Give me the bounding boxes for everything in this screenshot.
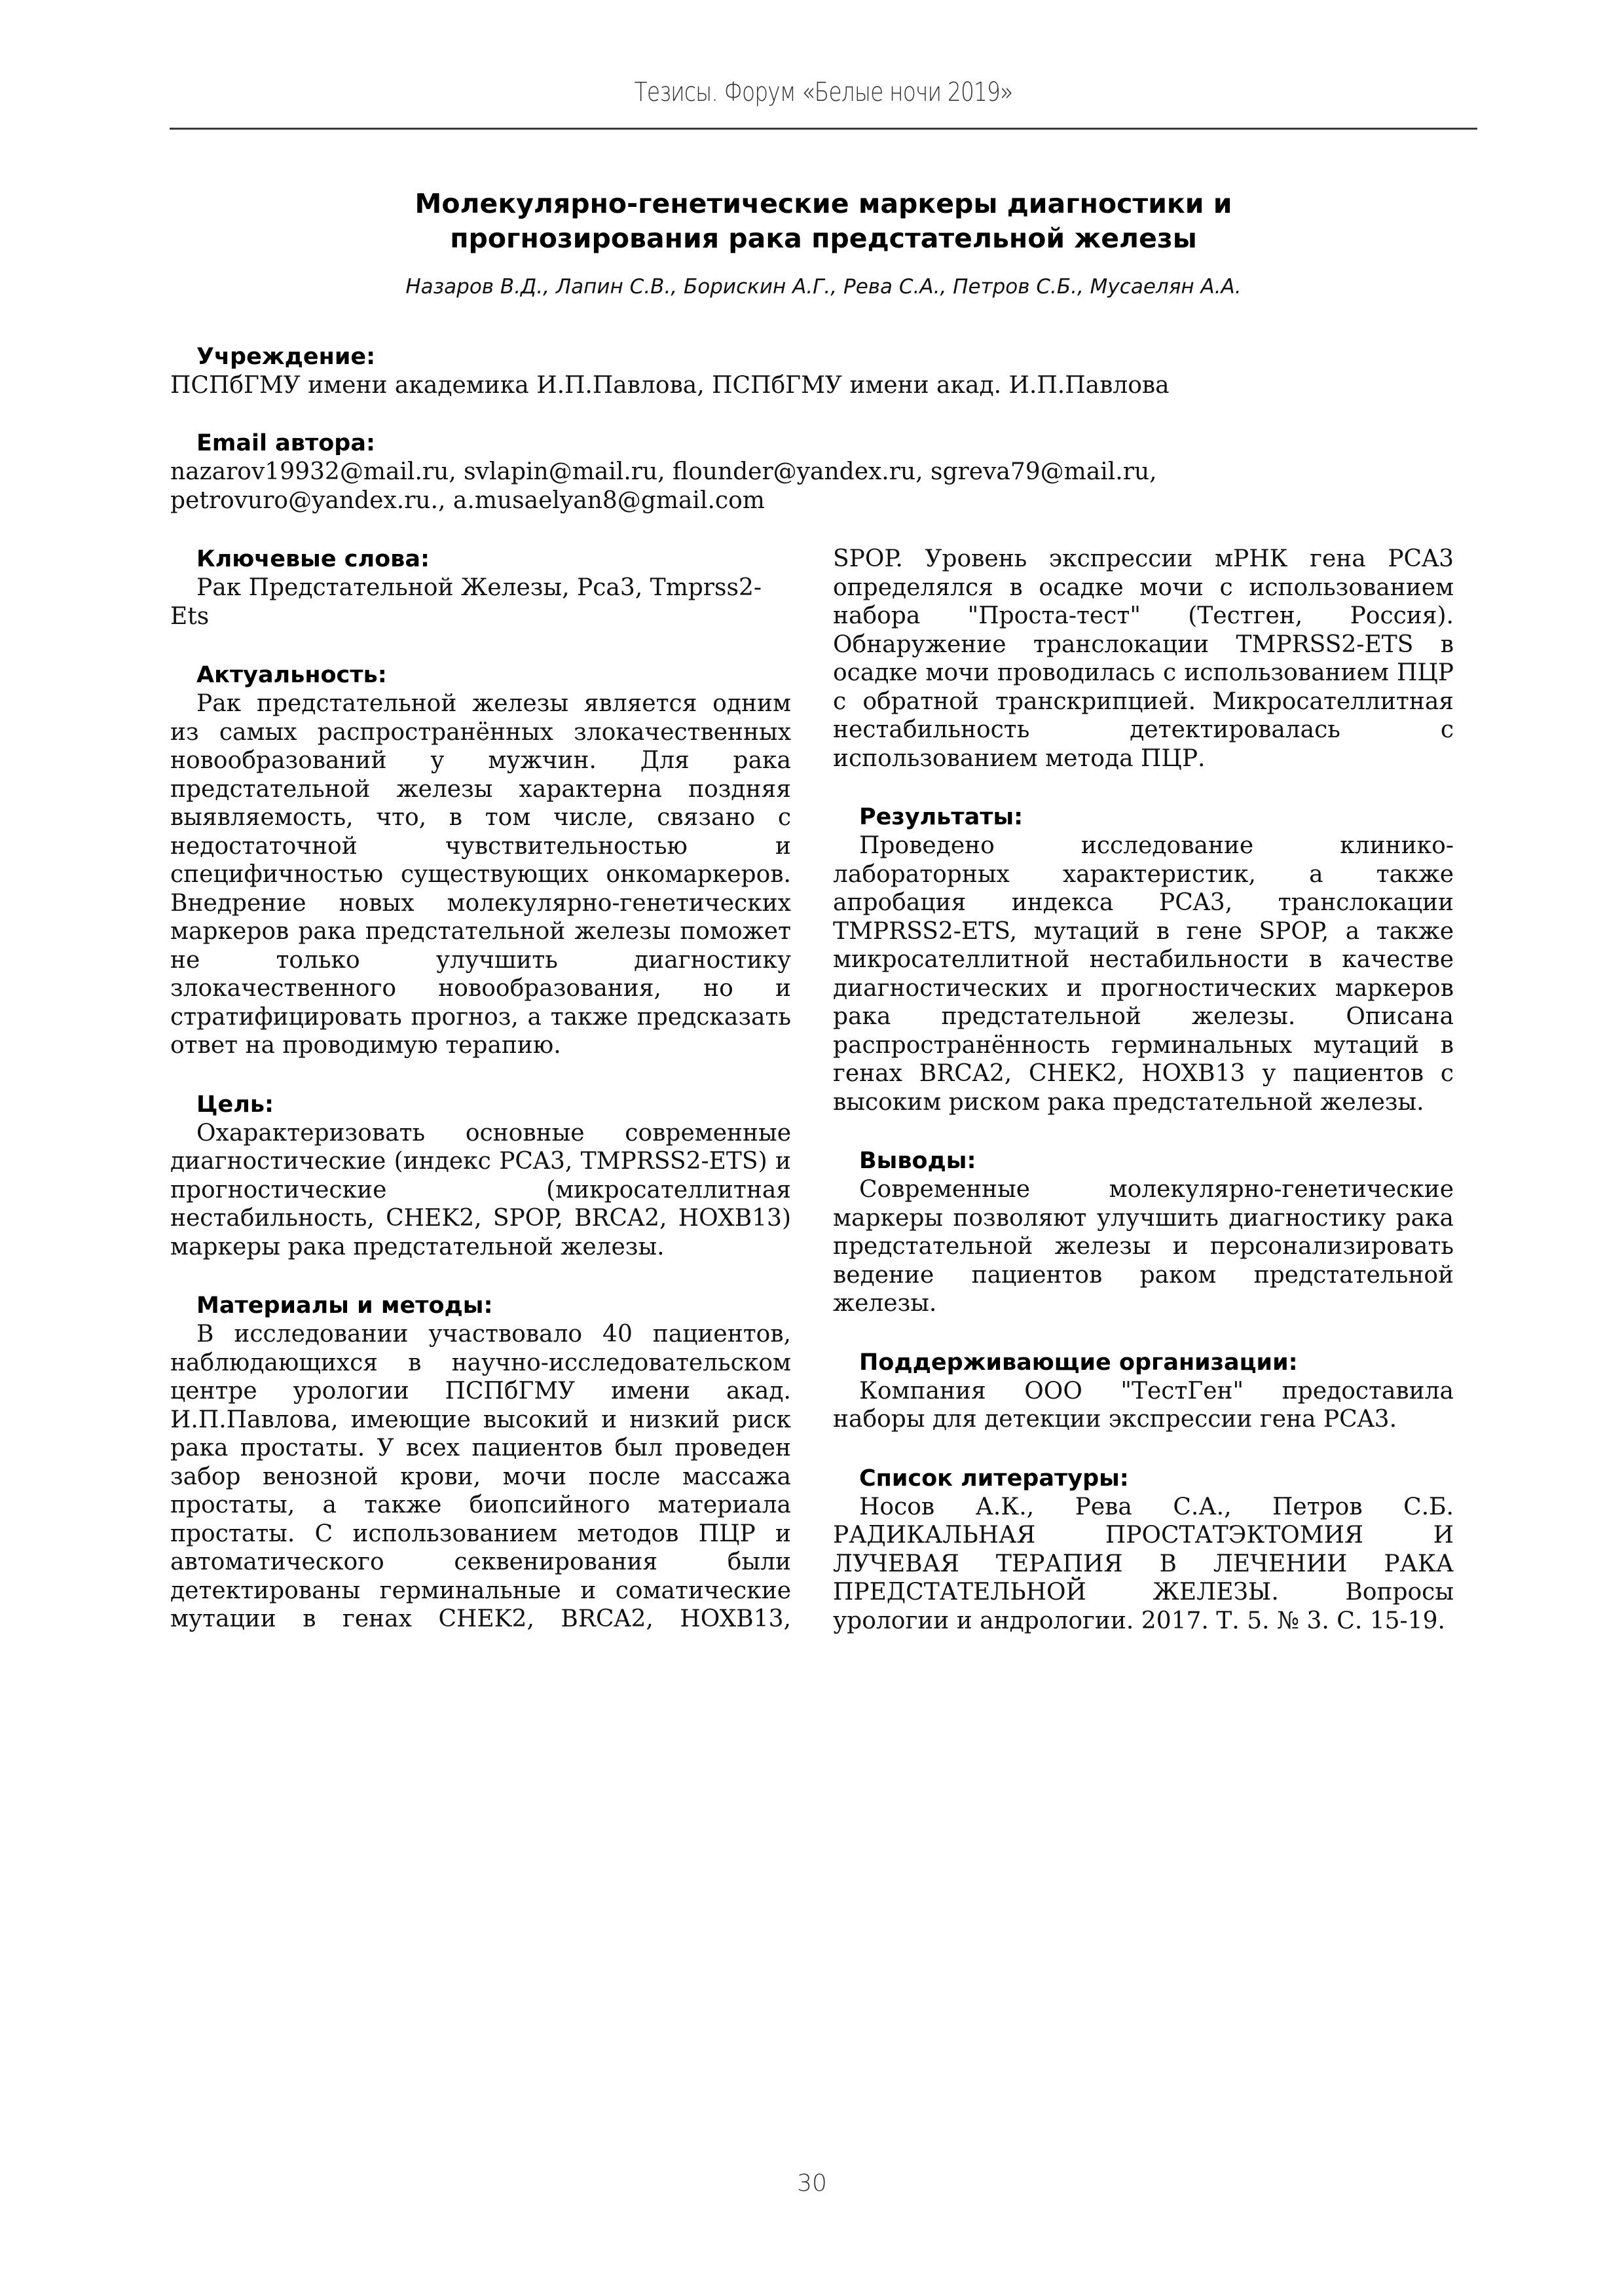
- references-heading: Список литературы:: [833, 1464, 1454, 1493]
- paper-title: Молекулярно-генетические маркеры диагнос…: [170, 187, 1477, 256]
- section-relevance: Актуальность: Рак предстательной железы …: [170, 661, 791, 1060]
- right-column: SPOP. Уровень экспрессии мРНК гена PCA3 …: [833, 545, 1454, 1665]
- references-text: Носов А.К., Рева С.А., Петров С.Б. РАДИК…: [833, 1493, 1454, 1636]
- keywords-text: Рак Предстательной Железы, Pca3, Tmprss2…: [170, 574, 791, 631]
- section-conclusions: Выводы: Современные молекулярно-генетиче…: [833, 1147, 1454, 1318]
- institution-block: Учреждение: ПСПбГМУ имени академика И.П.…: [170, 342, 1297, 400]
- conclusions-heading: Выводы:: [833, 1147, 1454, 1175]
- goal-heading: Цель:: [170, 1090, 791, 1119]
- title-line-1: Молекулярно-генетические маркеры диагнос…: [170, 187, 1477, 221]
- relevance-heading: Актуальность:: [170, 661, 791, 689]
- section-results: Результаты: Проведено исследование клини…: [833, 803, 1454, 1116]
- supporting-orgs-text: Компания ООО "ТестГен" предоставила набо…: [833, 1377, 1454, 1434]
- email-text: nazarov19932@mail.ru, svlapin@mail.ru, f…: [170, 458, 1257, 515]
- email-heading: Email автора:: [170, 429, 1257, 458]
- section-goal: Цель: Охарактеризовать основные современ…: [170, 1090, 791, 1262]
- methods-text-part2: SPOP. Уровень экспрессии мРНК гена PCA3 …: [833, 545, 1454, 773]
- section-methods-continued: SPOP. Уровень экспрессии мРНК гена PCA3 …: [833, 545, 1454, 773]
- institution-heading: Учреждение:: [170, 342, 1297, 371]
- relevance-text: Рак предстательной железы является одним…: [170, 689, 791, 1060]
- header-rule: [170, 128, 1477, 130]
- section-supporting-orgs: Поддерживающие организации: Компания ООО…: [833, 1348, 1454, 1434]
- supporting-orgs-heading: Поддерживающие организации:: [833, 1348, 1454, 1377]
- methods-text-part1: В исследовании участвовало 40 пациентов,…: [170, 1320, 791, 1634]
- conclusions-text: Современные молекулярно-генетические мар…: [833, 1175, 1454, 1318]
- left-column: Ключевые слова: Рак Предстательной Желез…: [170, 545, 791, 1664]
- methods-heading: Материалы и методы:: [170, 1291, 791, 1320]
- goal-text: Охарактеризовать основные современные ди…: [170, 1119, 791, 1262]
- results-text: Проведено исследование клинико-лаборатор…: [833, 832, 1454, 1116]
- section-keywords: Ключевые слова: Рак Предстательной Желез…: [170, 545, 791, 631]
- institution-text: ПСПбГМУ имени академика И.П.Павлова, ПСП…: [170, 371, 1297, 400]
- section-references: Список литературы: Носов А.К., Рева С.А.…: [833, 1464, 1454, 1636]
- running-header: Тезисы. Форум «Белые ночи 2019»: [287, 77, 1360, 107]
- section-methods: Материалы и методы: В исследовании участ…: [170, 1291, 791, 1634]
- keywords-heading: Ключевые слова:: [170, 545, 791, 574]
- page-number: 30: [0, 2170, 1624, 2197]
- email-block: Email автора: nazarov19932@mail.ru, svla…: [170, 429, 1257, 515]
- title-line-2: прогнозирования рака предстательной желе…: [170, 221, 1477, 256]
- authors: Назаров В.Д., Лапин С.В., Борискин А.Г.,…: [170, 275, 1477, 299]
- results-heading: Результаты:: [833, 803, 1454, 832]
